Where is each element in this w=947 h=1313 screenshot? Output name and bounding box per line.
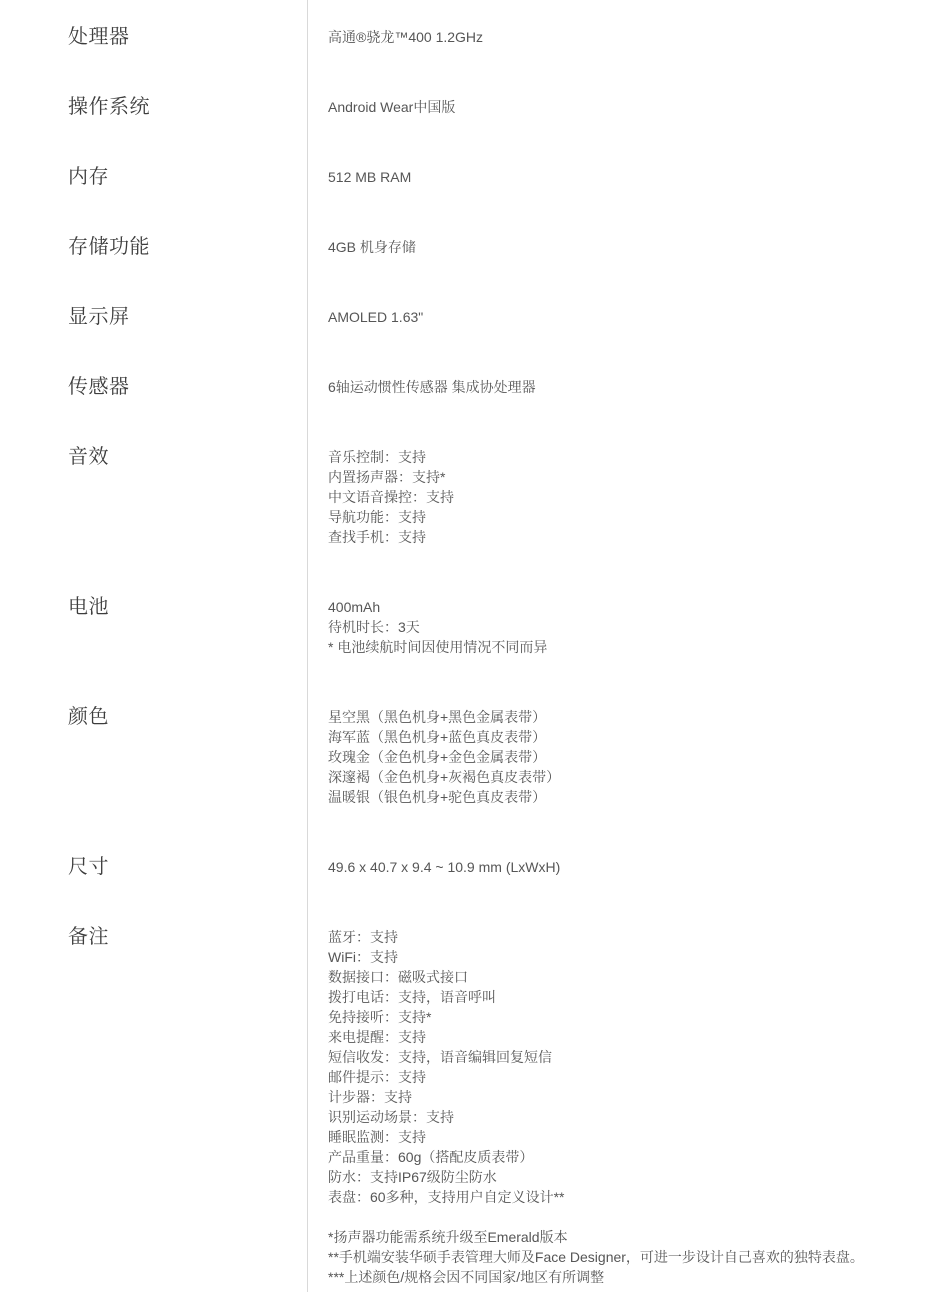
spec-label: 音效 [68, 447, 307, 467]
spec-label: 操作系统 [68, 97, 307, 117]
spec-value: 49.6 x 40.7 x 9.4 ~ 10.9 mm (LxWxH) [307, 857, 560, 877]
spec-value: 4GB 机身存储 [307, 237, 416, 257]
spec-value: 星空黑（黑色机身+黑色金属表带） 海军蓝（黑色机身+蓝色真皮表带） 玫瑰金（金色… [307, 707, 560, 807]
spec-label: 传感器 [68, 377, 307, 397]
spec-value: 高通®骁龙™400 1.2GHz [307, 27, 483, 47]
spec-value: 音乐控制：支持 内置扬声器：支持* 中文语音操控：支持 导航功能：支持 查找手机… [307, 447, 454, 547]
spec-label: 颜色 [68, 707, 307, 727]
spec-value: AMOLED 1.63" [307, 307, 423, 327]
spec-label: 存储功能 [68, 237, 307, 257]
spec-row-processor: 处理器 高通®骁龙™400 1.2GHz [68, 27, 947, 47]
spec-value: 512 MB RAM [307, 167, 411, 187]
spec-value: 6轴运动惯性传感器 集成协处理器 [307, 377, 536, 397]
spec-label: 内存 [68, 167, 307, 187]
spec-value: 400mAh 待机时长：3天 * 电池续航时间因使用情况不同而异 [307, 597, 547, 657]
spec-table: 处理器 高通®骁龙™400 1.2GHz 操作系统 Android Wear中国… [0, 0, 947, 1313]
spec-row-colors: 颜色 星空黑（黑色机身+黑色金属表带） 海军蓝（黑色机身+蓝色真皮表带） 玫瑰金… [68, 707, 947, 807]
footnotes: *扬声器功能需系统升级至Emerald版本 **手机端安装华硕手表管理大师及Fa… [307, 1227, 864, 1287]
spec-row-battery: 电池 400mAh 待机时长：3天 * 电池续航时间因使用情况不同而异 [68, 597, 947, 657]
spec-row-storage: 存储功能 4GB 机身存储 [68, 237, 947, 257]
spec-row-notes: 备注 蓝牙：支持 WiFi：支持 数据接口：磁吸式接口 拨打电话：支持，语音呼叫… [68, 927, 947, 1287]
spec-label: 显示屏 [68, 307, 307, 327]
spec-label: 备注 [68, 927, 307, 947]
spec-label: 处理器 [68, 27, 307, 47]
spec-row-os: 操作系统 Android Wear中国版 [68, 97, 947, 117]
spec-row-dimensions: 尺寸 49.6 x 40.7 x 9.4 ~ 10.9 mm (LxWxH) [68, 857, 947, 877]
spec-row-audio: 音效 音乐控制：支持 内置扬声器：支持* 中文语音操控：支持 导航功能：支持 查… [68, 447, 947, 547]
spec-value: Android Wear中国版 [307, 97, 455, 117]
spec-value: 蓝牙：支持 WiFi：支持 数据接口：磁吸式接口 拨打电话：支持，语音呼叫 免持… [307, 927, 864, 1207]
column-divider [307, 0, 308, 1292]
spec-row-display: 显示屏 AMOLED 1.63" [68, 307, 947, 327]
spec-row-sensors: 传感器 6轴运动惯性传感器 集成协处理器 [68, 377, 947, 397]
spec-label: 电池 [68, 597, 307, 617]
spec-row-memory: 内存 512 MB RAM [68, 167, 947, 187]
spec-label: 尺寸 [68, 857, 307, 877]
